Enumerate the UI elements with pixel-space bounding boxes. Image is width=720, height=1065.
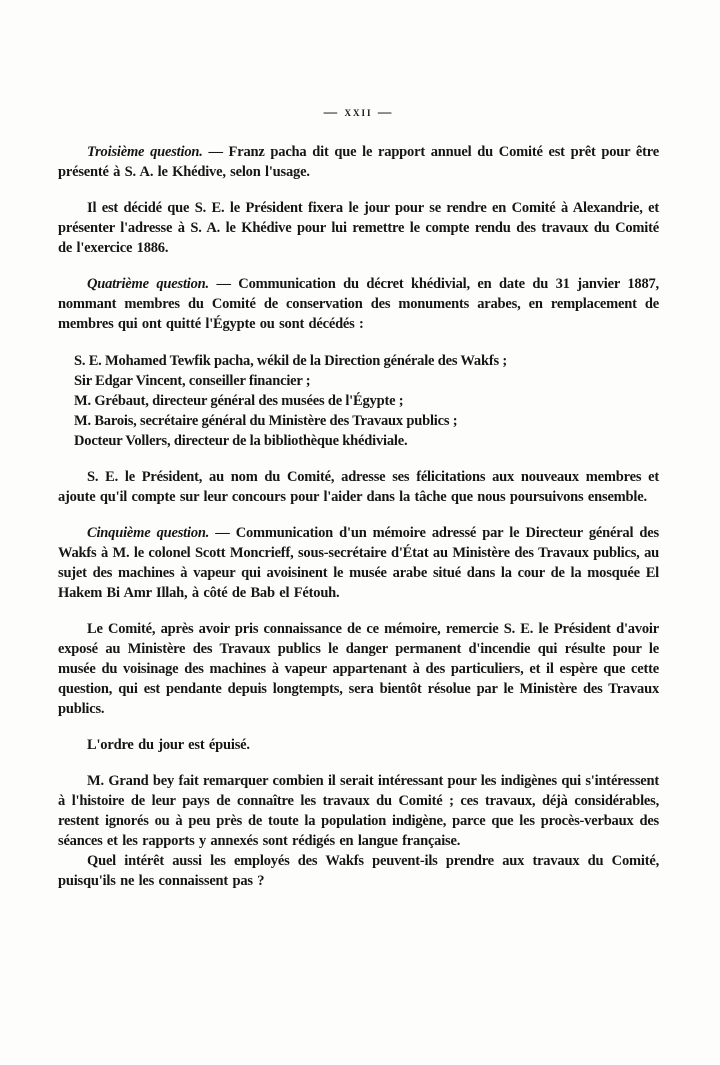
paragraph-cinquieme-question: Cinquième question. — Communication d'un…	[58, 523, 659, 603]
list-item-member-barois: M. Barois, secrétaire général du Ministè…	[74, 411, 659, 431]
paragraph-text: S. E. le Président, au nom du Comité, ad…	[58, 469, 659, 505]
list-item-member-grebaut: M. Grébaut, directeur général des musées…	[74, 391, 659, 411]
member-list: S. E. Mohamed Tewfik pacha, wékil de la …	[58, 351, 659, 451]
text-block: — xxii — Troisième question. — Franz pac…	[58, 102, 659, 891]
question-label-troisieme: Troisième question.	[87, 144, 203, 160]
paragraph-text: L'ordre du jour est épuisé.	[87, 737, 250, 753]
question-label-quatrieme: Quatrième question.	[87, 276, 209, 292]
paragraph-text: Il est décidé que S. E. le Président fix…	[58, 200, 659, 256]
paragraph-troisieme-question: Troisième question. — Franz pacha dit qu…	[58, 142, 659, 182]
paragraph-text: Le Comité, après avoir pris connaissance…	[58, 621, 659, 717]
paragraph-felicitations: S. E. le Président, au nom du Comité, ad…	[58, 467, 659, 507]
paragraph-quatrieme-question: Quatrième question. — Communication du d…	[58, 274, 659, 334]
list-item-member-tewfik: S. E. Mohamed Tewfik pacha, wékil de la …	[74, 351, 659, 371]
paragraph-ordre-du-jour: L'ordre du jour est épuisé.	[58, 735, 659, 755]
page-number: — xxii —	[58, 102, 659, 122]
paragraph-text: Quel intérêt aussi les employés des Wakf…	[58, 853, 659, 889]
paragraph-comite-remerciement: Le Comité, après avoir pris connaissance…	[58, 619, 659, 719]
paragraph-interet-employes: Quel intérêt aussi les employés des Wakf…	[58, 851, 659, 891]
scanned-document-page: — xxii — Troisième question. — Franz pac…	[0, 0, 720, 1065]
list-item-member-vincent: Sir Edgar Vincent, conseiller financier …	[74, 371, 659, 391]
paragraph-text: M. Grand bey fait remarquer combien il s…	[58, 773, 659, 849]
list-item-member-vollers: Docteur Vollers, directeur de la bibliot…	[74, 431, 659, 451]
paragraph-grand-bey-remarque: M. Grand bey fait remarquer combien il s…	[58, 771, 659, 851]
paragraph-decision-president: Il est décidé que S. E. le Président fix…	[58, 198, 659, 258]
question-label-cinquieme: Cinquième question.	[87, 525, 209, 541]
